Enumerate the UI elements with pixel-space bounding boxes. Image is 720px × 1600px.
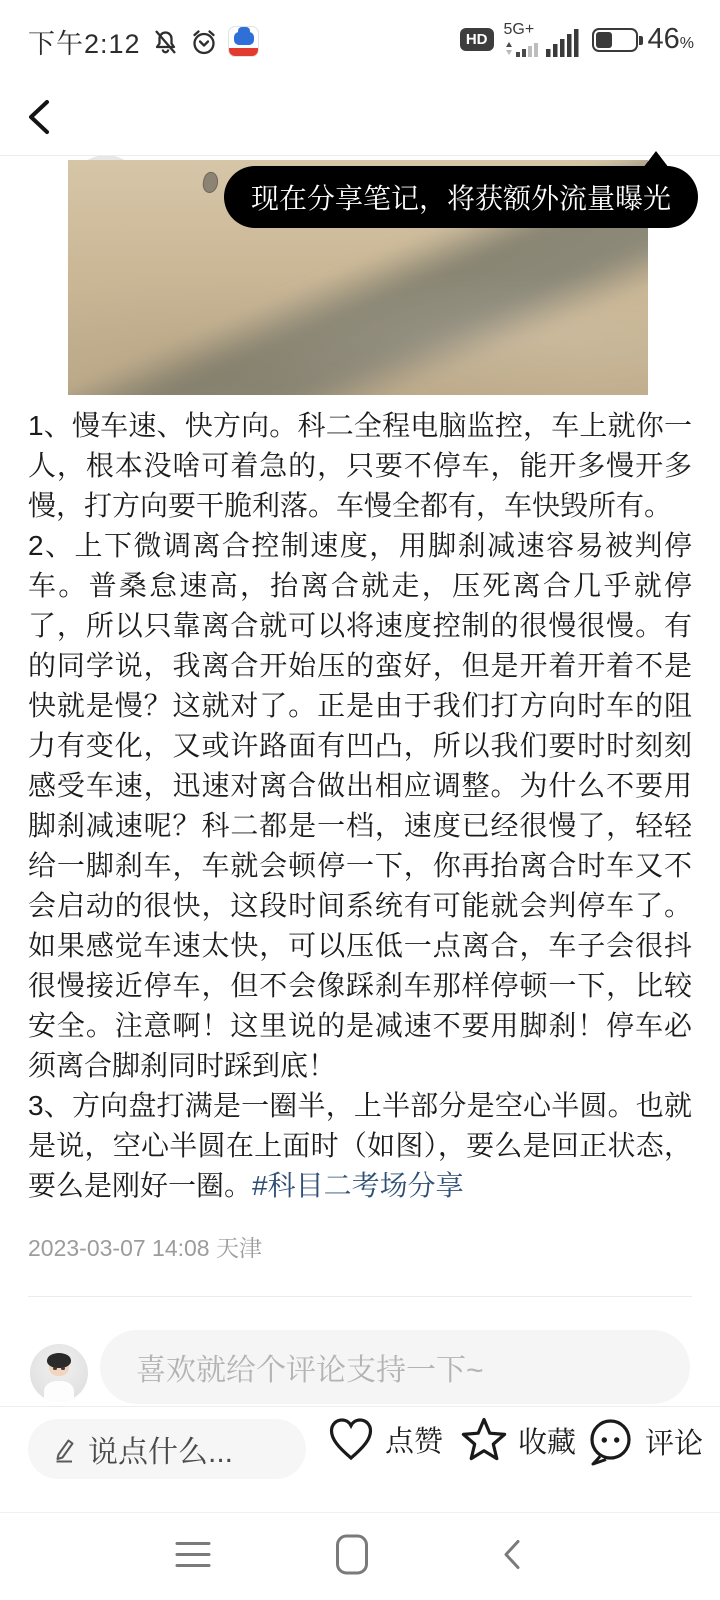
- app-screen: 下午2:12 HD: [0, 0, 720, 1600]
- system-navigation-bar: [0, 1512, 720, 1600]
- signal-icon: 5G+: [504, 22, 582, 57]
- header-divider: [0, 155, 720, 156]
- bottom-action-bar: 说点什么... 点赞 收藏 评论: [0, 1406, 720, 1512]
- comment-prompt-field[interactable]: 喜欢就给个评论支持一下~: [100, 1330, 690, 1404]
- tooltip-arrow: [643, 151, 669, 168]
- like-button[interactable]: 点赞: [328, 1417, 443, 1462]
- ground-texture: [68, 254, 648, 395]
- comment-input-placeholder: 说点什么...: [88, 1427, 233, 1471]
- sim2-signal-icon: [504, 40, 542, 57]
- status-bar: 下午2:12 HD: [0, 0, 720, 78]
- status-right-cluster: HD 5G+: [460, 22, 694, 57]
- post-paragraph-1: 1、慢车速、快方向。科二全程电脑监控，车上就你一人，根本没啥可着急的，只要不停车…: [28, 406, 692, 526]
- sim1-signal-icon: [546, 27, 582, 57]
- home-button[interactable]: [335, 1533, 369, 1580]
- comment-button[interactable]: 评论: [586, 1417, 703, 1466]
- comment-input[interactable]: 说点什么...: [28, 1419, 306, 1479]
- post-paragraph-3: 3、方向盘打满是一圈半，上半部分是空心半圆。也就是说，空心半圆在上面时（如图），…: [28, 1086, 692, 1206]
- small-stone: [201, 171, 220, 195]
- header: 窥: [0, 78, 720, 155]
- content-divider: [28, 1296, 692, 1297]
- post-body: 1、慢车速、快方向。科二全程电脑监控，车上就你一人，根本没啥可着急的，只要不停车…: [28, 406, 692, 1206]
- hashtag-link[interactable]: #科目二考场分享: [252, 1170, 464, 1201]
- nav-back-button[interactable]: [503, 1538, 521, 1575]
- status-time: 下午2:12: [28, 22, 141, 61]
- post-paragraph-2: 2、上下微调离合控制速度，用脚刹减速容易被判停车。普桑怠速高，抬离合就走，压死离…: [28, 526, 692, 1086]
- like-label: 点赞: [385, 1419, 443, 1460]
- hd-badge: HD: [460, 28, 494, 51]
- battery-percent: 46%: [648, 23, 695, 56]
- recents-button[interactable]: [175, 1540, 211, 1573]
- pencil-icon: [52, 1436, 78, 1463]
- star-icon: [460, 1417, 508, 1463]
- post-date-location: 2023-03-07 14:08 天津: [28, 1230, 262, 1263]
- network-type-label: 5G+: [504, 22, 535, 38]
- share-tooltip[interactable]: 现在分享笔记，将获额外流量曝光: [224, 166, 698, 228]
- comment-prompt-placeholder: 喜欢就给个评论支持一下~: [136, 1345, 484, 1389]
- notifications-muted-icon: [150, 27, 180, 57]
- comment-bubble-icon: [586, 1417, 635, 1466]
- favorite-button[interactable]: 收藏: [460, 1417, 576, 1463]
- status-left-cluster: 下午2:12: [28, 22, 259, 61]
- viewer-avatar: [30, 1344, 88, 1402]
- driving-app-notification-icon: [228, 26, 259, 57]
- tooltip-text: 现在分享笔记，将获额外流量曝光: [251, 177, 671, 217]
- favorite-label: 收藏: [518, 1420, 576, 1461]
- heart-icon: [328, 1417, 375, 1462]
- comment-label: 评论: [645, 1421, 703, 1462]
- battery-icon: [592, 28, 638, 52]
- alarm-icon: [189, 27, 219, 57]
- back-button[interactable]: [26, 98, 52, 141]
